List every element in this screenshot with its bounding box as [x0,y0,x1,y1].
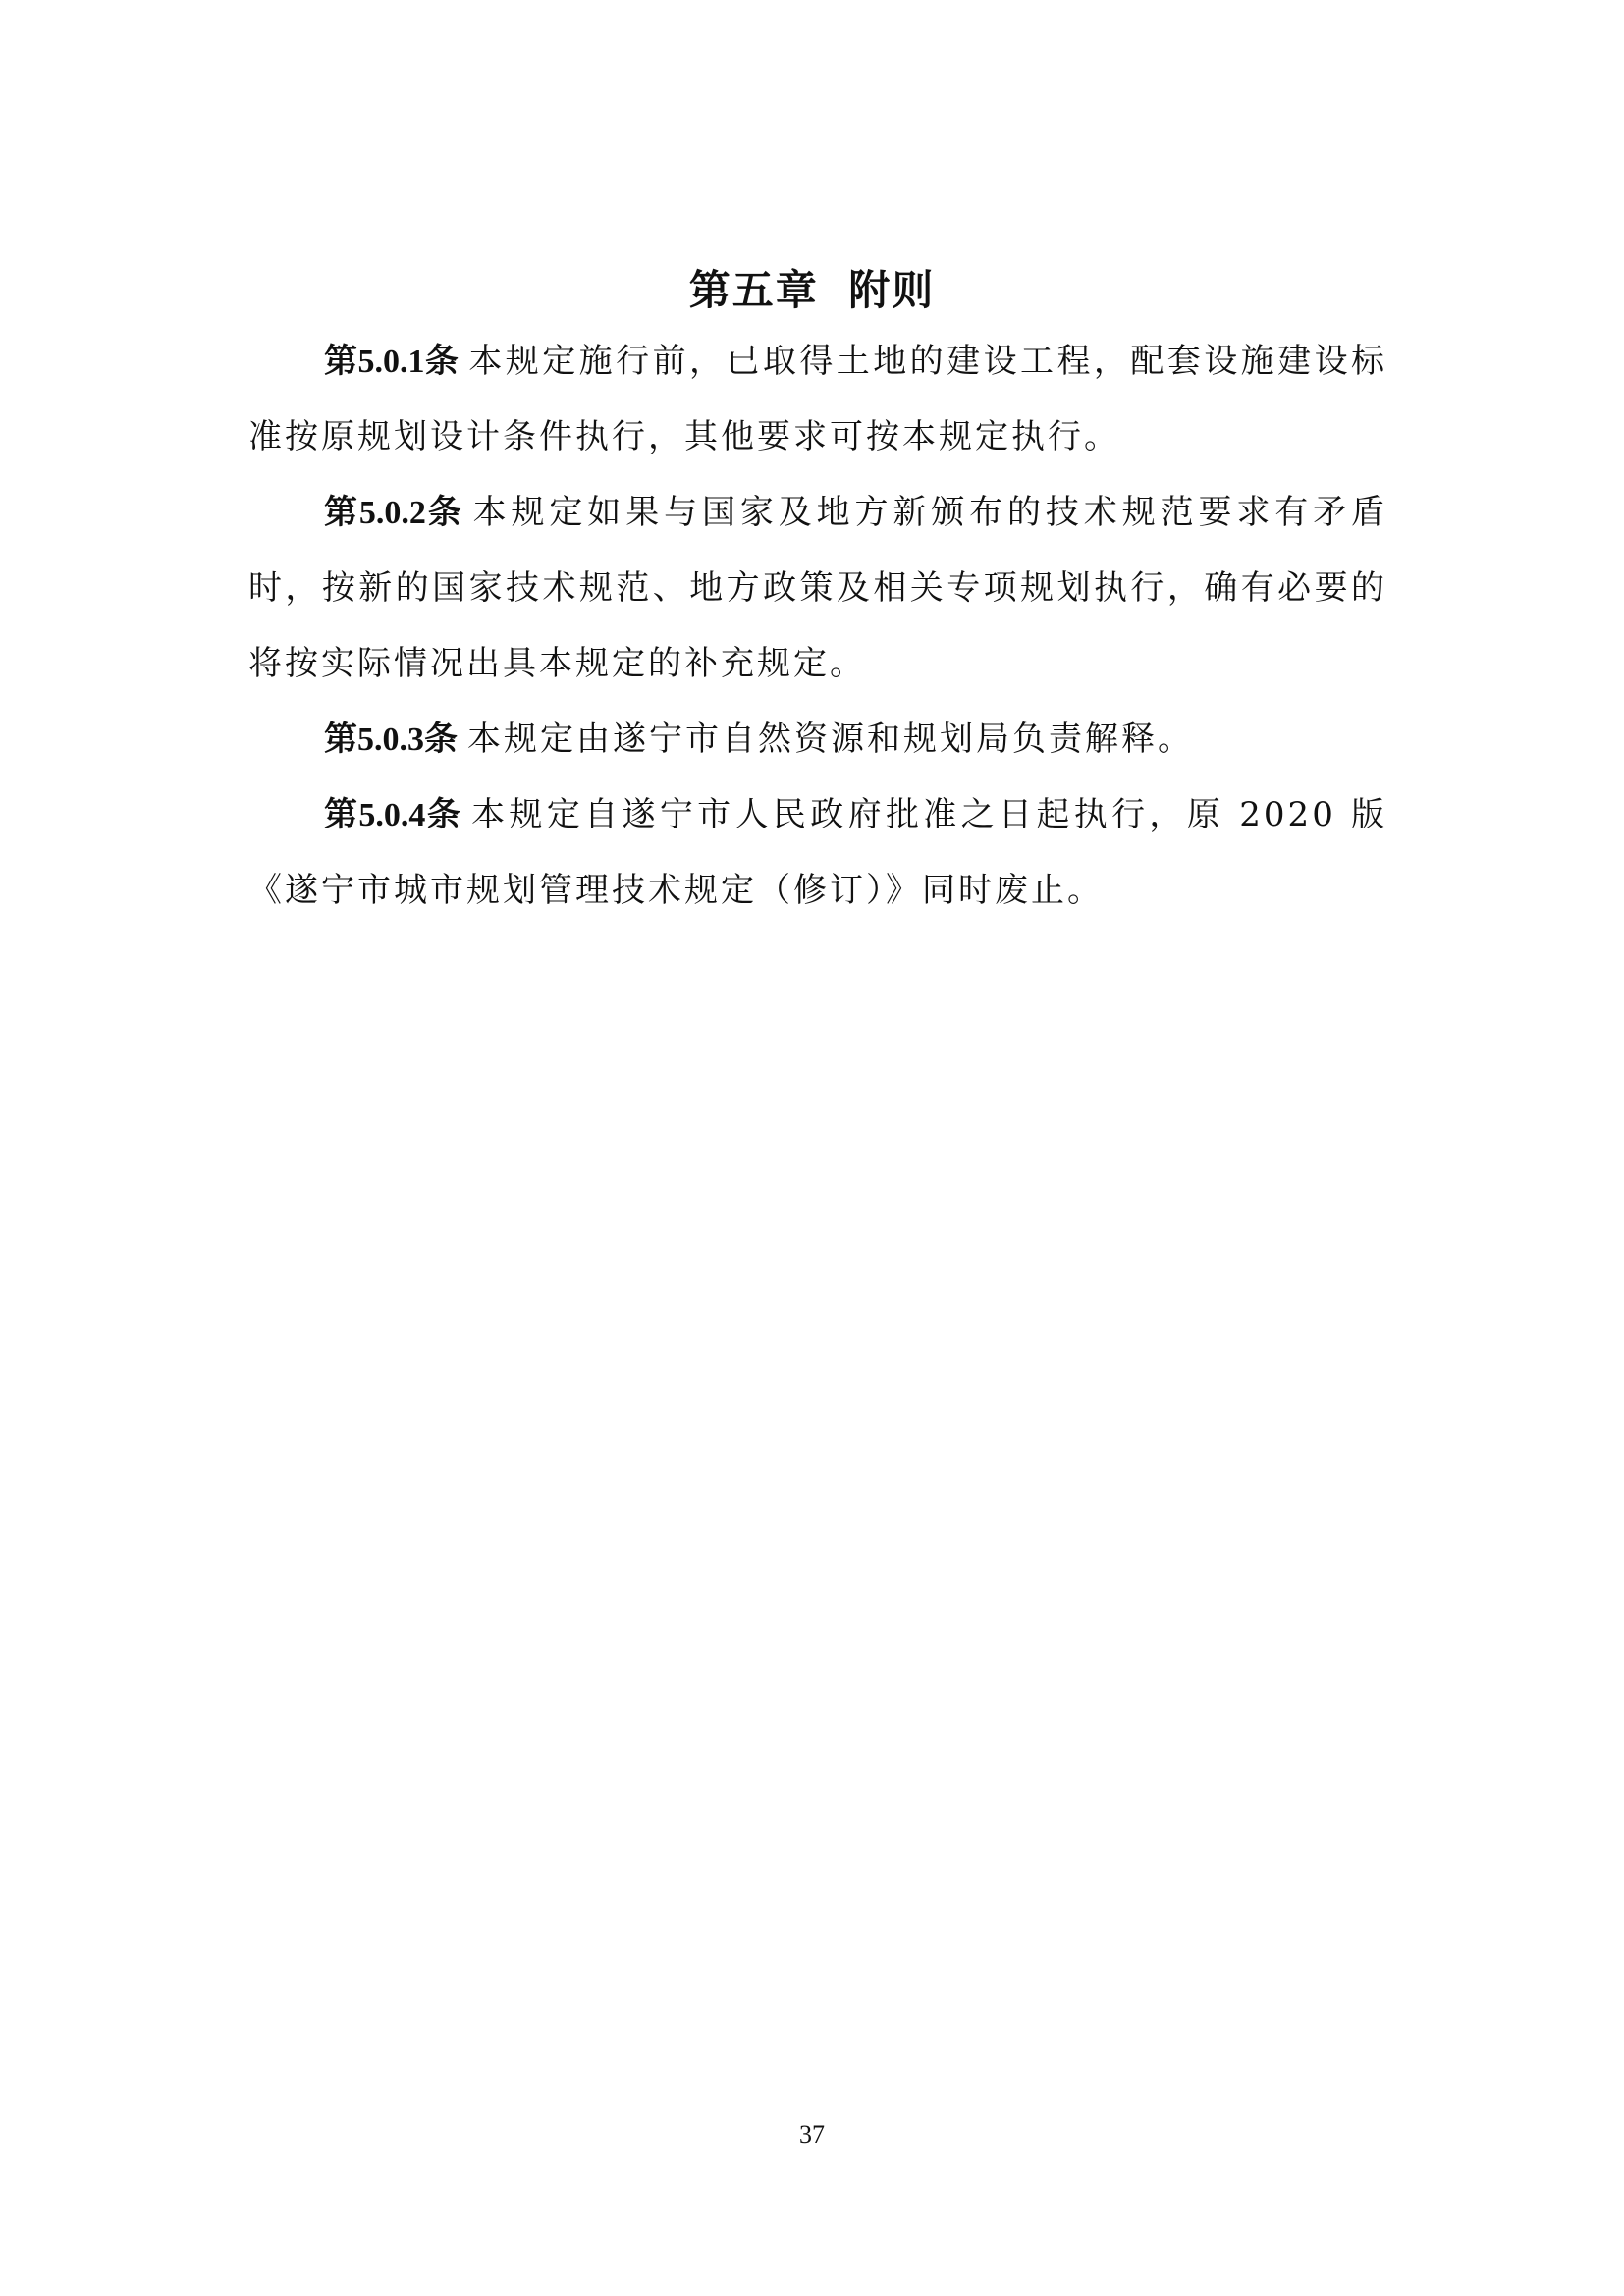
article-number: 第5.0.1条 [324,344,459,380]
article-number: 第5.0.2条 [324,495,463,531]
article-number: 第5.0.3条 [324,721,458,758]
article-5-0-3: 第5.0.3条本规定由遂宁市自然资源和规划局负责解释。 [248,702,1387,777]
chapter-body: 第5.0.1条本规定施行前，已取得土地的建设工程，配套设施建设标准按原规划设计条… [248,324,1387,929]
document-page: 第五章 附则 第5.0.1条本规定施行前，已取得土地的建设工程，配套设施建设标准… [0,0,1624,2296]
article-5-0-1: 第5.0.1条本规定施行前，已取得土地的建设工程，配套设施建设标准按原规划设计条… [248,324,1387,475]
page-number: 37 [0,2120,1624,2150]
article-5-0-4: 第5.0.4条本规定自遂宁市人民政府批准之日起执行，原 2020 版《遂宁市城市… [248,777,1387,929]
chapter-title: 第五章 附则 [0,266,1624,315]
article-5-0-2: 第5.0.2条本规定如果与国家及地方新颁布的技术规范要求有矛盾时，按新的国家技术… [248,475,1387,702]
article-text: 本规定由遂宁市自然资源和规划局负责解释。 [467,720,1194,759]
article-number: 第5.0.4条 [324,797,461,833]
